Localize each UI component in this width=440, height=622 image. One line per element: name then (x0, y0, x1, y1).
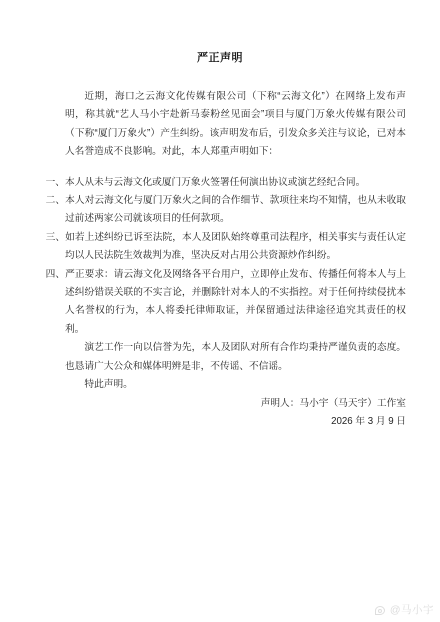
statement-document: 严正声明 近期，海口之云海文化传媒有限公司（下称“云海文化”）在网络上发布声明，… (0, 0, 440, 622)
signer-line: 声明人：马小宇（马天宇）工作室 (65, 395, 406, 413)
document-body: 近期，海口之云海文化传媒有限公司（下称“云海文化”）在网络上发布声明，称其就“艺… (65, 88, 406, 431)
closing-paragraph: 演艺工作一向以信誉为先，本人及团队对所有合作均秉持严谨负责的态度。也恳请广大公众… (65, 339, 406, 376)
weibo-watermark: @马小宇 (375, 602, 434, 617)
date-line: 2026 年 3 月 9 日 (65, 413, 406, 431)
statement-item-1: 一、本人从未与云海文化或厦门万象火签署任何演出协议或演艺经纪合同。 (65, 174, 406, 192)
signoff-line: 特此声明。 (65, 376, 406, 394)
weibo-watermark-text: @马小宇 (390, 602, 434, 617)
weibo-eye-icon (375, 605, 387, 615)
statement-item-2: 二、本人对云海文化与厦门万象火之间的合作细节、款项往来均不知情，也从未收取过前述… (65, 192, 406, 229)
intro-paragraph: 近期，海口之云海文化传媒有限公司（下称“云海文化”）在网络上发布声明，称其就“艺… (65, 88, 406, 162)
document-title: 严正声明 (0, 49, 440, 65)
statement-items: 一、本人从未与云海文化或厦门万象火签署任何演出协议或演艺经纪合同。 二、本人对云… (65, 174, 406, 340)
statement-item-3: 三、如若上述纠纷已诉至法院，本人及团队始终尊重司法程序，相关事实与责任认定均以人… (65, 229, 406, 266)
statement-item-4: 四、严正要求：请云海文化及网络各平台用户，立即停止发布、传播任何将本人与上述纠纷… (65, 266, 406, 340)
